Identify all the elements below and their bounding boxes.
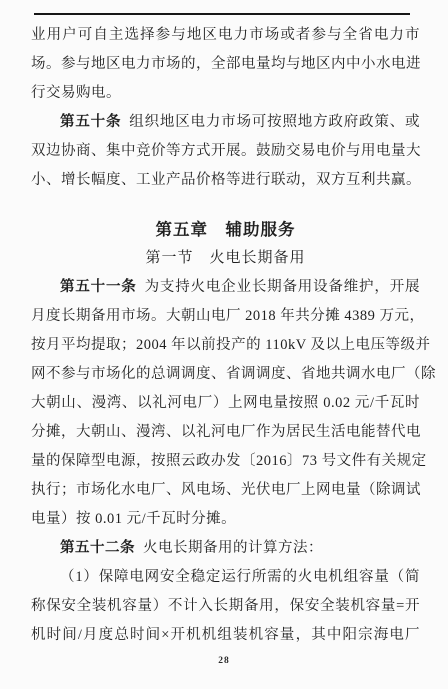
text-line: 业用户可自主选择参与地区电力市场或者参与全省电力市 <box>31 21 420 50</box>
text-line: 称保安全装机容量）不计入长期备用，保安全装机容量=开 <box>31 592 420 621</box>
text-line: 第五十一条为支持火电企业长期备用设备维护，开展 <box>31 273 420 302</box>
chapter-heading: 第五章 辅助服务 <box>31 215 420 244</box>
article-number: 第五十二条 <box>60 540 135 556</box>
article-text: 组织地区电力市场可按照地方政府政策、或 <box>129 114 420 130</box>
text-line: 量的保障型电源，按照云政办发〔2016〕73 号文件有关规定 <box>31 447 420 476</box>
article-text: 为支持火电企业长期备用设备维护，开展 <box>145 279 420 295</box>
text-line: 大朝山、漫湾、以礼河电厂）上网电量按照 0.02 元/千瓦时 <box>31 389 420 418</box>
text-line: 分摊，大朝山、漫湾、以礼河电厂作为居民生活电能替代电 <box>31 418 420 447</box>
text-line: 第五十条组织地区电力市场可按照地方政府政策、或 <box>31 108 420 137</box>
article-number: 第五十条 <box>60 114 121 130</box>
text-line: 机时间/月度总时间×开机机组装机容量，其中阳宗海电厂 <box>31 621 420 650</box>
text-line: 电量）按 0.01 元/千瓦时分摊。 <box>31 505 420 534</box>
text-line: 按月平均提取；2004 年以前投产的 110kV 及以上电压等级并 <box>31 331 420 360</box>
text-line: （1）保障电网安全稳定运行所需的火电机组容量（简 <box>31 563 420 592</box>
text-line: 行交易购电。 <box>31 79 420 108</box>
text-line: 网不参与市场化的总调调度、省调调度、省地共调水电厂（除 <box>31 360 420 389</box>
text-line: 执行；市场化水电厂、风电场、光伏电厂上网电量（除调试 <box>31 476 420 505</box>
page-number: 28 <box>0 656 448 666</box>
header-rule <box>34 13 410 15</box>
document-page: 业用户可自主选择参与地区电力市场或者参与全省电力市 场。参与地区电力市场的，全部… <box>0 0 448 689</box>
text-line: 场。参与地区电力市场的，全部电量均与地区内中小水电进 <box>31 50 420 79</box>
body-text: 业用户可自主选择参与地区电力市场或者参与全省电力市 场。参与地区电力市场的，全部… <box>31 21 420 650</box>
article-number: 第五十一条 <box>60 279 137 295</box>
text-line: 第五十二条火电长期备用的计算方法： <box>31 534 420 563</box>
text-line: 小、增长幅度、工业产品价格等进行联动，双方互利共赢。 <box>31 166 420 195</box>
text-line: 月度长期备用市场。大朝山电厂 2018 年共分摊 4389 万元， <box>31 302 420 331</box>
text-line: 双边协商、集中竞价等方式开展。鼓励交易电价与用电量大 <box>31 137 420 166</box>
article-text: 火电长期备用的计算方法： <box>143 540 323 556</box>
section-heading: 第一节 火电长期备用 <box>31 244 420 273</box>
